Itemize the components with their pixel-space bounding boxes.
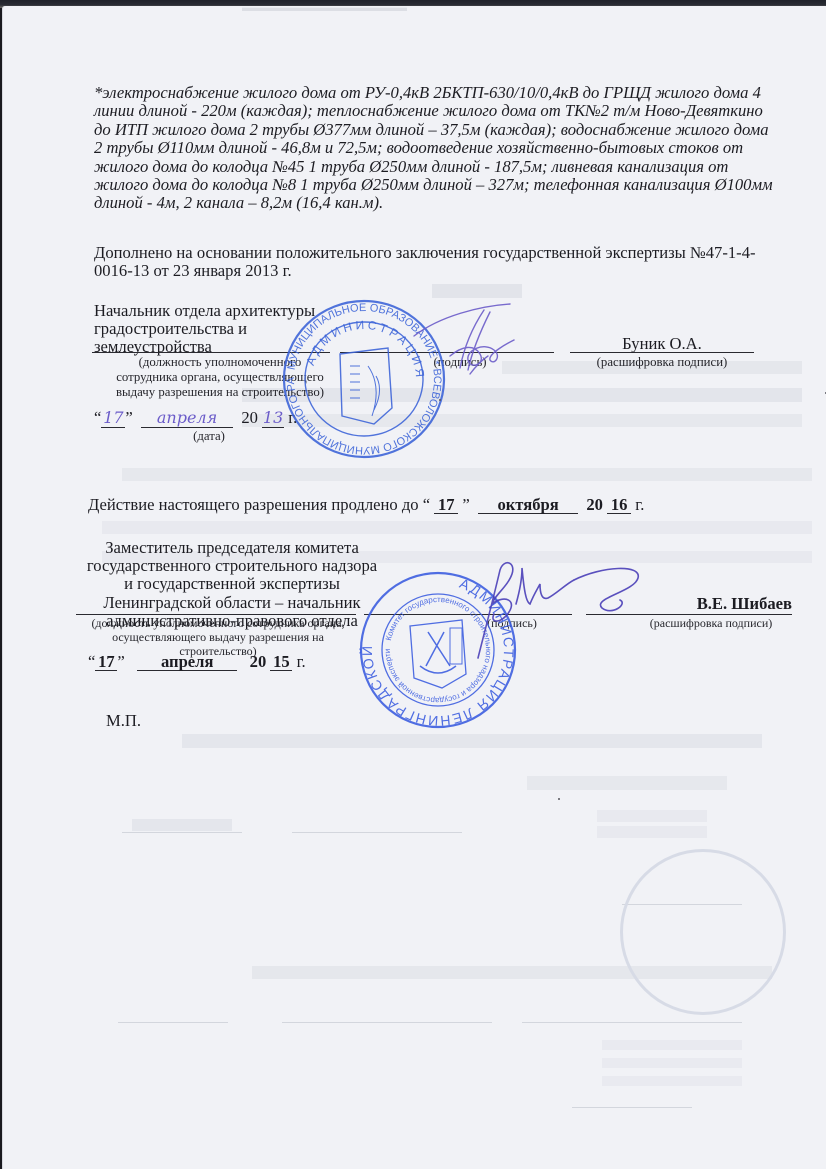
handwritten-signature-1 [410,298,530,380]
date-day: 17 [95,653,117,671]
expertise-supplement-note: Дополнено на основании положительного за… [94,244,774,281]
date-month: апреля [141,408,233,428]
scan-speck [558,798,560,800]
engineering-networks-text: *электроснабжение жилого дома от РУ-0,4к… [94,84,774,213]
name-caption: (расшифровка подписи) [570,355,754,370]
document-page: ▬▬▬▬▬▬▬▬▬▬▬▬▬▬▬ *электроснабжение жилого… [2,6,826,1169]
date-day: 17 [101,408,125,428]
extension-year: 16 [607,496,631,514]
handwritten-signature-2 [442,554,672,664]
date-caption: (дата) [174,429,244,444]
signature-date: “17” апреля 20 15 г. [88,652,306,672]
extension-day: 17 [434,496,458,514]
seal-place-mark: М.П. [106,711,141,731]
signer-name: Буник О.А. [570,334,754,354]
date-year: 15 [270,653,292,671]
extension-month: октября [478,496,578,514]
position-underline [76,614,356,615]
signature-date: “17” апреля 20 13 г. [94,408,297,428]
extension-statement: Действие настоящего разрешения продлено … [88,495,644,515]
scan-speck [439,399,441,401]
date-month: апреля [137,653,237,671]
